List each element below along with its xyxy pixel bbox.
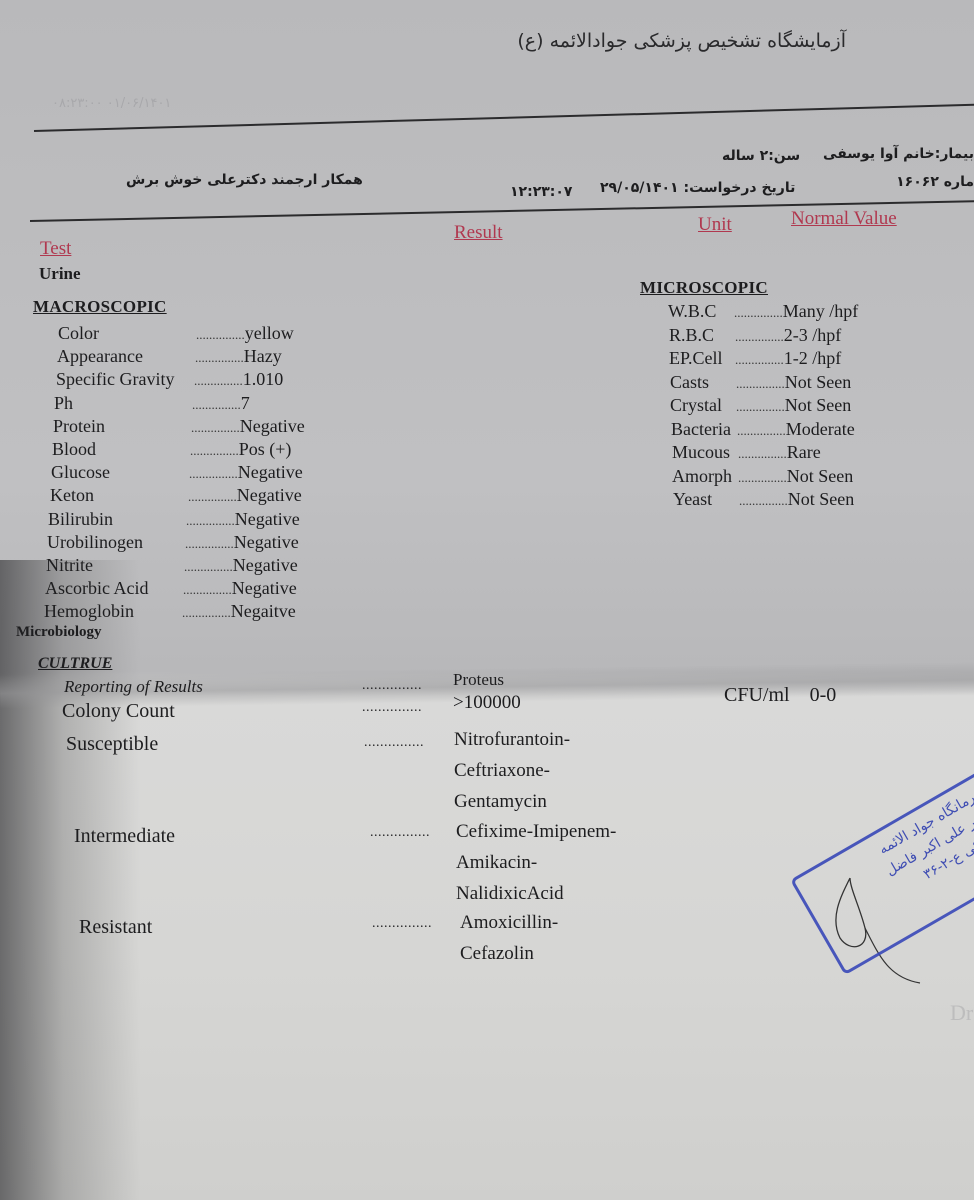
colony-count-value: >100000 [453, 692, 521, 714]
leader-dots: ............... [183, 582, 232, 597]
antibiotic-item: NalidixicAcid [456, 883, 564, 905]
test-name: Specific Gravity [56, 369, 194, 390]
colony-unit-normal: CFU/ml 0-0 [724, 684, 836, 707]
test-name: Hemoglobin [44, 601, 182, 622]
colony-count-label: Colony Count [62, 700, 175, 723]
test-name: R.B.C [669, 325, 735, 346]
antibiotic-item: Nitrofurantoin- [454, 729, 570, 751]
request-time: ۱۲:۲۳:۰۷ [510, 184, 572, 200]
colony-normal: 0-0 [810, 684, 837, 706]
test-name: Appearance [57, 346, 195, 367]
file-number: ماره ۱۶۰۶۲ [896, 174, 974, 190]
test-name: Glucose [51, 462, 189, 483]
print-timestamp: ۰۸:۲۳:۰۰ ۰۱/۰۶/۱۴۰۱ [52, 96, 171, 111]
result-row: Ph...............7 [54, 393, 250, 414]
leader-dots: ............... [191, 420, 240, 435]
result-row: Ascorbic Acid...............Negative [45, 578, 297, 599]
test-value: Hazy [244, 346, 282, 366]
test-value: Not Seen [788, 489, 855, 509]
leader-dots: ............... [735, 352, 784, 367]
column-normal-value: Normal Value [791, 208, 897, 230]
leader-dots: ............... [194, 373, 243, 388]
resistant-dots: ............... [372, 916, 432, 932]
microbiology-title: Microbiology [16, 624, 102, 641]
header-divider [34, 104, 974, 132]
susceptible-label: Susceptible [66, 733, 158, 756]
test-value: Negative [240, 416, 305, 436]
leader-dots: ............... [189, 466, 238, 481]
result-row: Glucose...............Negative [51, 462, 303, 483]
resistant-label: Resistant [79, 916, 152, 939]
leader-dots: ............... [182, 605, 231, 620]
result-row: EP.Cell...............1-2 /hpf [669, 348, 841, 369]
test-name: Color [58, 323, 196, 344]
test-name: Crystal [670, 395, 736, 416]
macroscopic-title: MACROSCOPIC [33, 297, 167, 317]
test-value: 1-2 /hpf [784, 348, 842, 368]
result-row: Urobilinogen...............Negative [47, 532, 299, 553]
referring-doctor: همکار ارجمند دکترعلی خوش برش [126, 172, 363, 188]
result-row: W.B.C...............Many /hpf [668, 301, 858, 322]
test-name: Bacteria [671, 419, 737, 440]
test-value: Negative [233, 555, 298, 575]
test-name: Blood [52, 439, 190, 460]
test-value: Negative [232, 578, 297, 598]
column-test: Test [40, 238, 71, 260]
test-value: Moderate [786, 419, 855, 439]
leader-dots: ............... [735, 329, 784, 344]
leader-dots: ............... [736, 376, 785, 391]
leader-dots: ............... [195, 350, 244, 365]
test-value: 2-3 /hpf [784, 325, 842, 345]
reporting-label: Reporting of Results [64, 677, 203, 697]
test-value: Negaitve [231, 601, 296, 621]
leader-dots: ............... [738, 446, 787, 461]
result-row: Keton...............Negative [50, 485, 302, 506]
leader-dots: ............... [188, 489, 237, 504]
result-row: Appearance...............Hazy [57, 346, 282, 367]
colony-dots: ............... [362, 700, 422, 716]
result-row: Color...............yellow [58, 323, 294, 344]
reporting-dots: ............... [362, 678, 422, 694]
specimen-type: Urine [39, 264, 81, 284]
patient-age: سن:۲ ساله [722, 148, 800, 164]
test-name: Mucous [672, 442, 738, 463]
test-name: Urobilinogen [47, 532, 185, 553]
test-value: Not Seen [787, 466, 854, 486]
lab-name: آزمایشگاه تشخیص پزشکی جوادالائمه (ع) [517, 30, 846, 52]
antibiotic-item: Gentamycin [454, 791, 547, 813]
leader-dots: ............... [184, 559, 233, 574]
intermediate-dots: ............... [370, 825, 430, 841]
culture-title: CULTRUE [38, 655, 112, 673]
test-value: Not Seen [785, 372, 852, 392]
leader-dots: ............... [736, 399, 785, 414]
test-value: Pos (+) [239, 439, 292, 459]
result-row: Amorph...............Not Seen [672, 466, 853, 487]
test-name: Casts [670, 372, 736, 393]
leader-dots: ............... [192, 397, 241, 412]
antibiotic-item: Amoxicillin- [460, 912, 558, 934]
susceptible-dots: ............... [364, 735, 424, 751]
antibiotic-item: Amikacin- [456, 852, 537, 874]
result-row: Specific Gravity...............1.010 [56, 369, 283, 390]
patient-name: بیمار:خانم آوا یوسفی [823, 146, 974, 162]
result-row: R.B.C...............2-3 /hpf [669, 325, 841, 346]
test-value: Negative [234, 532, 299, 552]
leader-dots: ............... [737, 423, 786, 438]
test-value: Negative [237, 485, 302, 505]
test-value: yellow [245, 323, 294, 343]
result-row: Mucous...............Rare [672, 442, 821, 463]
antibiotic-item: Ceftriaxone- [454, 760, 550, 782]
request-date: تاریخ درخواست: ۲۹/۰۵/۱۴۰۱ [600, 180, 795, 196]
colony-unit: CFU/ml [724, 684, 790, 706]
result-row: Casts...............Not Seen [670, 372, 851, 393]
microscopic-title: MICROSCOPIC [640, 278, 768, 298]
result-row: Crystal...............Not Seen [670, 395, 851, 416]
antibiotic-item: Cefazolin [460, 943, 534, 965]
test-value: Many /hpf [783, 301, 859, 321]
test-name: Protein [53, 416, 191, 437]
result-row: Blood...............Pos (+) [52, 439, 291, 460]
test-name: Amorph [672, 466, 738, 487]
leader-dots: ............... [739, 493, 788, 508]
leader-dots: ............... [185, 536, 234, 551]
antibiotic-item: Cefixime-Imipenem- [456, 821, 616, 843]
leader-dots: ............... [186, 513, 235, 528]
result-row: Hemoglobin...............Negaitve [44, 601, 296, 622]
test-value: Negative [238, 462, 303, 482]
test-name: Ascorbic Acid [45, 578, 183, 599]
test-name: Nitrite [46, 555, 184, 576]
leader-dots: ............... [734, 305, 783, 320]
faded-signature-text: Dr [950, 1000, 973, 1026]
doctor-stamp: درمانگاه جواد الائمه دکتر علی اکبر فاضل … [790, 770, 974, 975]
reporting-value: Proteus [453, 670, 504, 690]
test-name: Bilirubin [48, 509, 186, 530]
result-row: Bacteria...............Moderate [671, 419, 855, 440]
result-row: Yeast...............Not Seen [673, 489, 854, 510]
test-value: 7 [241, 393, 250, 413]
test-name: EP.Cell [669, 348, 735, 369]
column-unit: Unit [698, 214, 732, 236]
test-value: Not Seen [785, 395, 852, 415]
result-row: Bilirubin...............Negative [48, 509, 300, 530]
column-result: Result [454, 222, 503, 244]
intermediate-label: Intermediate [74, 825, 175, 848]
test-value: Rare [787, 442, 821, 462]
test-name: W.B.C [668, 301, 734, 322]
test-name: Keton [50, 485, 188, 506]
test-value: 1.010 [243, 369, 284, 389]
leader-dots: ............... [738, 470, 787, 485]
result-row: Protein...............Negative [53, 416, 305, 437]
test-name: Ph [54, 393, 192, 414]
leader-dots: ............... [196, 327, 245, 342]
leader-dots: ............... [190, 443, 239, 458]
test-value: Negative [235, 509, 300, 529]
result-row: Nitrite...............Negative [46, 555, 298, 576]
test-name: Yeast [673, 489, 739, 510]
